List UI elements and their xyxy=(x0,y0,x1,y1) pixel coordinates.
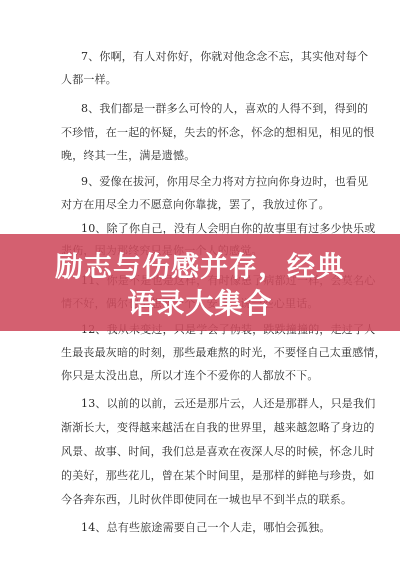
quote-8-line-2: 不珍惜，在一起的怀疑，失去的怀念，怀念的想相见，相见的恨 xyxy=(61,126,375,140)
quote-8-line-3: 晚，终其一生，满是遗憾。 xyxy=(61,149,195,163)
quote-13-line-3: 风景、故事、时间，我们总是喜欢在夜深人尽的时候，怀念儿时 xyxy=(61,445,375,459)
quote-13-line-5: 今各奔东西，儿时伙伴即使同在一城也早不到半点的联系。 xyxy=(61,493,352,507)
quote-13-line-1: 13、以前的以前，云还是那片云，人还是那群人，只是我们 xyxy=(81,397,375,411)
quote-13-line-2: 渐渐长大，变得越来越活在自我的世界里，越来越忽略了身边的 xyxy=(61,421,375,435)
quote-7-line-2: 人都一样。 xyxy=(61,73,117,87)
title-banner: 励志与伤感并存，经典 语录大集合 xyxy=(0,234,400,331)
quote-12-line-2: 生最丧最灰暗的时刻，那些最难熬的时光，不要怪自己太重感情， xyxy=(61,346,386,360)
quote-9-line-2: 对方在用尽全力不愿意向你靠拢，罢了，我放过你了。 xyxy=(61,198,330,212)
quote-13-line-4: 的美好，那些花儿，曾在某个时间里，是那样的鲜艳与珍贵，如 xyxy=(61,469,375,483)
quote-12-line-3: 你只是太没出息，所以才连个不爱你的人都放不下。 xyxy=(61,369,319,383)
banner-title-line-1: 励志与伤感并存，经典 xyxy=(0,251,400,283)
quote-7-line-1: 7、你啊，有人对你好，你就对他念念不忘，其实他对每个 xyxy=(81,50,368,64)
quote-14-line-1: 14、总有些旅途需要自己一个人走，哪怕会孤独。 xyxy=(81,521,331,535)
quote-9-line-1: 9、爱像在拔河，你用尽全力将对方拉向你身边时，也看见 xyxy=(81,175,368,189)
banner-title-line-2: 语录大集合 xyxy=(0,288,400,320)
quote-8-line-1: 8、我们都是一群多么可怜的人，喜欢的人得不到，得到的 xyxy=(81,102,368,116)
